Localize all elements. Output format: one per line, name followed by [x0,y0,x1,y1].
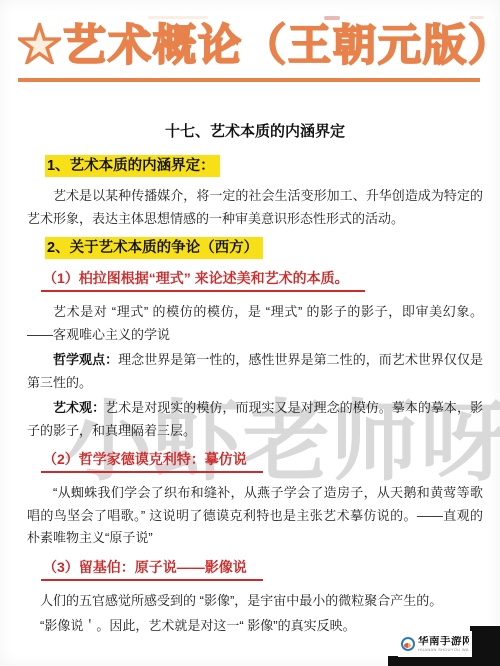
site-logo-badge: 华南手游网 HUANAN SHOUYOU WANG [388,626,500,666]
site-logo-text: 华南手游网 HUANAN SHOUYOU WANG [418,636,469,652]
site-logo-title: 华南手游网 [418,636,469,647]
page-header-title-right: （王朝元版） [243,12,500,73]
highlight-heading-1: 1、艺术本质的内涵界定： [45,155,220,177]
paragraph-lead: 哲学观点： [53,352,118,367]
paragraph-philosophy-view: 哲学观点：理念世界是第一性的，感性世界是第二性的，而艺术世界仅仅是第三性的。 [27,349,483,394]
paragraph-art-view: 艺术观：艺术是对现实的模仿，而现实又是对理念的模仿。摹本的摹本，影子的影子，和真… [27,397,483,442]
chapter-title: 十七、艺术本质的内涵界定 [27,120,483,141]
site-logo-card: 华南手游网 HUANAN SHOUYOU WANG [398,631,472,657]
paragraph-definition: 艺术是以某种传播媒介，将一定的社会生活变形加工、升华创造成为特定的艺术形象，表达… [27,185,483,230]
site-logo-subtitle: HUANAN SHOUYOU WANG [418,648,469,652]
paragraph-image-theory: 人们的五官感觉所感受到的 “影像”，是宇宙中最小的微粒聚合产生的。 [27,590,483,613]
document-body: 十七、艺术本质的内涵界定 1、艺术本质的内涵界定： 艺术是以某种传播媒介，将一定… [27,120,483,641]
page-header-title-left: ★艺术概论 [18,12,243,73]
badge-black-background [388,656,500,666]
page-header: ★艺术概论 （王朝元版） [18,12,480,82]
paragraph-lead: 艺术观： [53,400,105,415]
site-logo-icon [401,637,415,651]
notes-page: ★艺术概论 （王朝元版） 小虾老师呀 十七、艺术本质的内涵界定 1、艺术本质的内… [0,0,500,666]
paragraph-plato: 艺术是对 “理式” 的模仿的模仿，是 “理式” 的影子的影子，即审美幻象。——客… [27,301,483,346]
red-subheading-leucippus: （3）留基伯：原子说——影像说 [41,559,263,581]
red-subheading-plato: （1）柏拉图根据“理式” 来论述美和艺术的本质。 [41,270,365,292]
highlight-heading-2: 2、关于艺术本质的争论（西方） [45,237,263,259]
red-subheading-democritus: （2）哲学家德谟克利特：摹仿说 [41,451,263,473]
paragraph-democritus: “从蜘蛛我们学会了织布和缝补，从燕子学会了造房子，从天鹅和黄莺等歌唱的鸟坚会了唱… [27,482,483,550]
